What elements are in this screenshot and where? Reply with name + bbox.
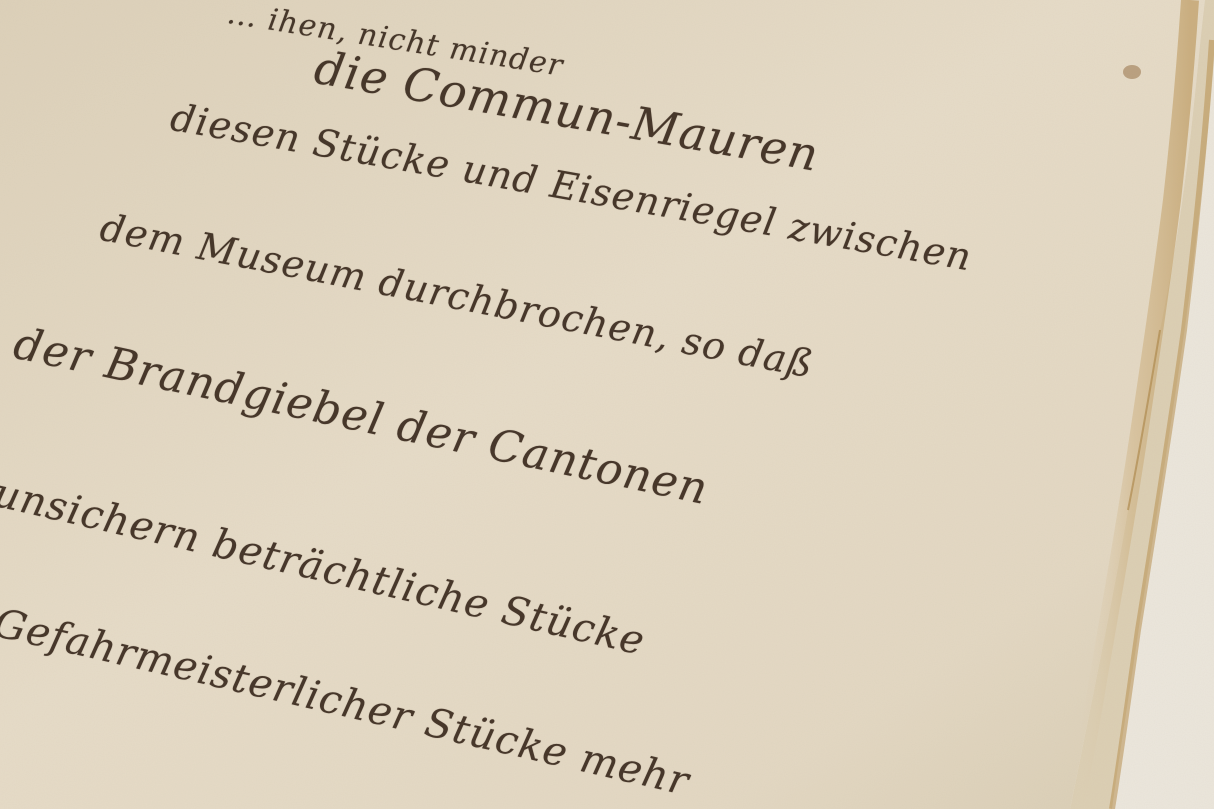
paper-sheet — [0, 0, 1214, 809]
manuscript-photo: … ihen, nicht minder die Commun-Mauren d… — [0, 0, 1214, 809]
